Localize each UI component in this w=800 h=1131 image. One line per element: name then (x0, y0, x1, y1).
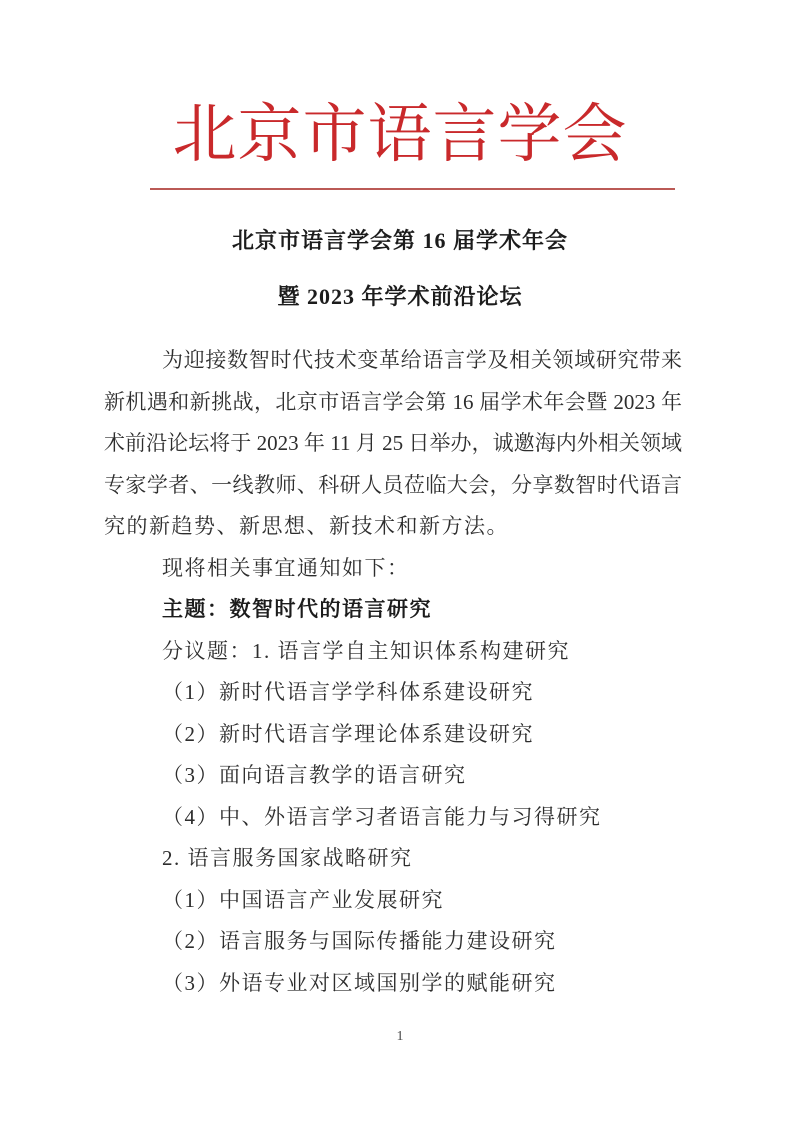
body-line: 专家学者、一线教师、科研人员莅临大会，分享数智时代语言研 (104, 465, 682, 507)
document-title-line1: 北京市语言学会第 16 届学术年会 (0, 227, 800, 255)
document-page: 北京市语言学会 北京市语言学会第 16 届学术年会 暨 2023 年学术前沿论坛… (0, 0, 800, 1131)
subtopic-heading-1: 分议题：1. 语言学自主知识体系构建研究 (104, 631, 682, 673)
subtopic-item: （1）新时代语言学学科体系建设研究 (104, 672, 682, 714)
subtopic-item: （3）外语专业对区域国别学的赋能研究 (104, 963, 682, 1005)
notice-intro-line: 现将相关事宜通知如下： (104, 548, 682, 590)
subtopic-item: （1）中国语言产业发展研究 (104, 880, 682, 922)
body-line: 究的新趋势、新思想、新技术和新方法。 (104, 506, 682, 548)
body-line: 为迎接数智时代技术变革给语言学及相关领域研究带来的 (104, 340, 682, 382)
document-title-line2: 暨 2023 年学术前沿论坛 (0, 283, 800, 311)
page-number: 1 (0, 1028, 800, 1046)
subtopic-item: （4）中、外语言学习者语言能力与习得研究 (104, 797, 682, 839)
subtopic-item: （3）面向语言教学的语言研究 (104, 755, 682, 797)
body-line: 新机遇和新挑战，北京市语言学会第 16 届学术年会暨 2023 年学 (104, 382, 682, 424)
body-line: 术前沿论坛将于 2023 年 11 月 25 日举办，诚邀海内外相关领域 (104, 423, 682, 465)
document-body: 为迎接数智时代技术变革给语言学及相关领域研究带来的 新机遇和新挑战，北京市语言学… (104, 340, 682, 1004)
subtopic-item: （2）语言服务与国际传播能力建设研究 (104, 921, 682, 963)
letterhead-rule (150, 188, 675, 190)
subtopic-heading-2: 2. 语言服务国家战略研究 (104, 838, 682, 880)
theme-heading: 主题：数智时代的语言研究 (104, 589, 682, 631)
letterhead-org-name: 北京市语言学会 (0, 100, 800, 170)
subtopic-item: （2）新时代语言学理论体系建设研究 (104, 714, 682, 756)
